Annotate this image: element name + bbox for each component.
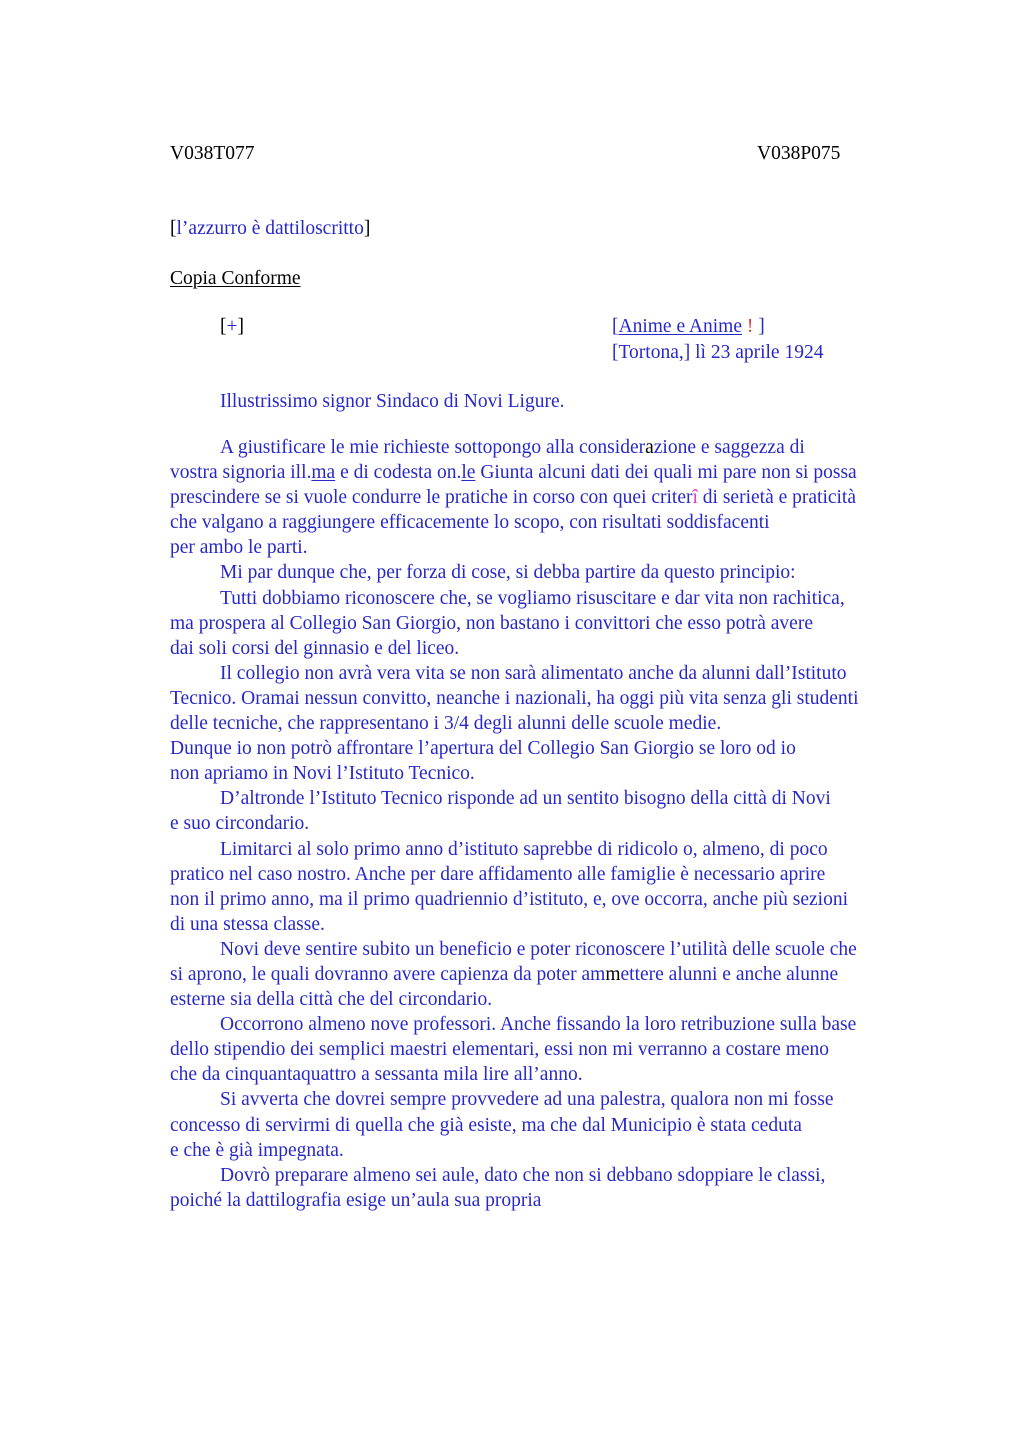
- text-segment: D’altronde l’Istituto Tecnico risponde a…: [220, 788, 831, 809]
- letter-line: dai soli corsi del ginnasio e del liceo.: [170, 636, 960, 661]
- archive-code-right: V038P075: [757, 141, 840, 166]
- text-segment: non apriamo in Novi l’Istituto Tecnico.: [170, 763, 475, 784]
- text-segment: Dovrò preparare almeno sei aule, dato ch…: [220, 1165, 825, 1186]
- place-date-line: [Tortona,] lì 23 aprile 1924: [612, 340, 823, 365]
- text-segment: l’azzurro è dattiloscritto: [177, 218, 364, 239]
- text-segment: e che è già impegnata.: [170, 1140, 344, 1161]
- letter-line: Novi deve sentire subito un beneficio e …: [170, 937, 960, 962]
- text-segment: Tutti dobbiamo riconoscere che, se vogli…: [220, 588, 845, 609]
- text-segment: ]: [753, 316, 764, 337]
- text-segment: che da cinquantaquattro a sessanta mila …: [170, 1064, 583, 1085]
- letter-line: prescindere se si vuole condurre le prat…: [170, 485, 960, 510]
- text-segment: esterne sia della città che del circonda…: [170, 989, 492, 1010]
- text-segment: Occorrono almeno nove professori. Anche …: [220, 1014, 856, 1035]
- text-segment: ]: [364, 218, 371, 239]
- letter-line: e suo circondario.: [170, 811, 960, 836]
- letter-line: non apriamo in Novi l’Istituto Tecnico.: [170, 761, 960, 786]
- letter-line: Si avverta che dovrei sempre provvedere …: [170, 1087, 960, 1112]
- text-segment: Limitarci al solo primo anno d’istituto …: [220, 839, 828, 860]
- cross-mark: [+]: [220, 314, 244, 339]
- text-segment: dai soli corsi del ginnasio e del liceo.: [170, 638, 459, 659]
- text-segment: e di codesta on.: [335, 462, 461, 483]
- text-segment: che valgano a raggiungere efficacemente …: [170, 512, 770, 533]
- text-segment: ma prospera al Collegio San Giorgio, non…: [170, 613, 813, 634]
- letter-line: esterne sia della città che del circonda…: [170, 987, 960, 1012]
- text-segment: poiché la dattilografia esige un’aula su…: [170, 1190, 541, 1211]
- letter-line: Limitarci al solo primo anno d’istituto …: [170, 837, 960, 862]
- text-segment: si aprono, le quali dovranno avere capie…: [170, 964, 605, 985]
- text-segment: per ambo le parti.: [170, 537, 308, 558]
- text-segment: delle tecniche, che rappresentano i 3/4 …: [170, 713, 721, 734]
- document-page: V038T077 V038P075 [l’azzurro è dattilosc…: [0, 0, 1024, 1450]
- letter-line: dello stipendio dei semplici maestri ele…: [170, 1037, 960, 1062]
- text-segment: Anime e Anime: [619, 316, 742, 337]
- letter-line: Occorrono almeno nove professori. Anche …: [170, 1012, 960, 1037]
- addressee-line: Illustrissimo signor Sindaco di Novi Lig…: [220, 389, 564, 414]
- letter-line: non il primo anno, ma il primo quadrienn…: [170, 887, 960, 912]
- text-segment: e suo circondario.: [170, 813, 309, 834]
- text-segment: dello stipendio dei semplici maestri ele…: [170, 1039, 829, 1060]
- letter-line: pratico nel caso nostro. Anche per dare …: [170, 862, 960, 887]
- letter-line: A giustificare le mie richieste sottopon…: [170, 435, 960, 460]
- letter-line: Il collegio non avrà vera vita se non sa…: [170, 661, 960, 686]
- letter-line: poiché la dattilografia esige un’aula su…: [170, 1188, 960, 1213]
- text-segment: vostra signoria ill.: [170, 462, 311, 483]
- letter-line: per ambo le parti.: [170, 535, 960, 560]
- letter-line: vostra signoria ill.ma e di codesta on.l…: [170, 460, 960, 485]
- text-segment: ma: [311, 462, 335, 483]
- text-segment: pratico nel caso nostro. Anche per dare …: [170, 864, 825, 885]
- text-segment: Giunta alcuni dati dei quali mi pare non…: [475, 462, 856, 483]
- letter-line: Mi par dunque che, per forza di cose, si…: [170, 560, 960, 585]
- letter-line: di una stessa classe.: [170, 912, 960, 937]
- text-segment: di serietà e praticità: [698, 487, 856, 508]
- letter-line: Tutti dobbiamo riconoscere che, se vogli…: [170, 586, 960, 611]
- text-segment: A giustificare le mie richieste sottopon…: [220, 437, 645, 458]
- letter-line: Dovrò preparare almeno sei aule, dato ch…: [170, 1163, 960, 1188]
- letter-line: Tecnico. Oramai nessun convitto, neanche…: [170, 686, 960, 711]
- text-segment: +: [227, 316, 238, 337]
- text-segment: le: [461, 462, 475, 483]
- document-heading: Copia Conforme: [170, 266, 301, 291]
- letter-line: Dunque io non potrò affrontare l’apertur…: [170, 736, 960, 761]
- text-segment: ettere alunni e anche alunne: [621, 964, 839, 985]
- text-segment: prescindere se si vuole condurre le prat…: [170, 487, 693, 508]
- text-segment: non il primo anno, ma il primo quadrienn…: [170, 889, 848, 910]
- letter-line: che da cinquantaquattro a sessanta mila …: [170, 1062, 960, 1087]
- letter-line: D’altronde l’Istituto Tecnico risponde a…: [170, 786, 960, 811]
- letter-line: si aprono, le quali dovranno avere capie…: [170, 962, 960, 987]
- text-segment: ]: [238, 316, 245, 337]
- text-segment: m: [605, 964, 620, 985]
- letter-line: e che è già impegnata.: [170, 1138, 960, 1163]
- letter-line: ma prospera al Collegio San Giorgio, non…: [170, 611, 960, 636]
- text-segment: Tecnico. Oramai nessun convitto, neanche…: [170, 688, 859, 709]
- text-segment: Il collegio non avrà vera vita se non sa…: [220, 663, 847, 684]
- letter-line: che valgano a raggiungere efficacemente …: [170, 510, 960, 535]
- letter-line: delle tecniche, che rappresentano i 3/4 …: [170, 711, 960, 736]
- text-segment: concesso di servirmi di quella che già e…: [170, 1115, 802, 1136]
- editorial-note: [l’azzurro è dattiloscritto]: [170, 216, 370, 241]
- text-segment: zione e saggezza di: [654, 437, 805, 458]
- text-segment: di una stessa classe.: [170, 914, 325, 935]
- text-segment: Si avverta che dovrei sempre provvedere …: [220, 1089, 833, 1110]
- letter-line: concesso di servirmi di quella che già e…: [170, 1113, 960, 1138]
- archive-code-left: V038T077: [170, 141, 255, 166]
- letter-body: A giustificare le mie richieste sottopon…: [170, 435, 960, 1213]
- invocation-line: [Anime e Anime ! ]: [612, 314, 765, 339]
- text-segment: Dunque io non potrò affrontare l’apertur…: [170, 738, 796, 759]
- text-segment: Mi par dunque che, per forza di cose, si…: [220, 562, 796, 583]
- text-segment: Novi deve sentire subito un beneficio e …: [220, 939, 857, 960]
- text-segment: a: [645, 437, 654, 458]
